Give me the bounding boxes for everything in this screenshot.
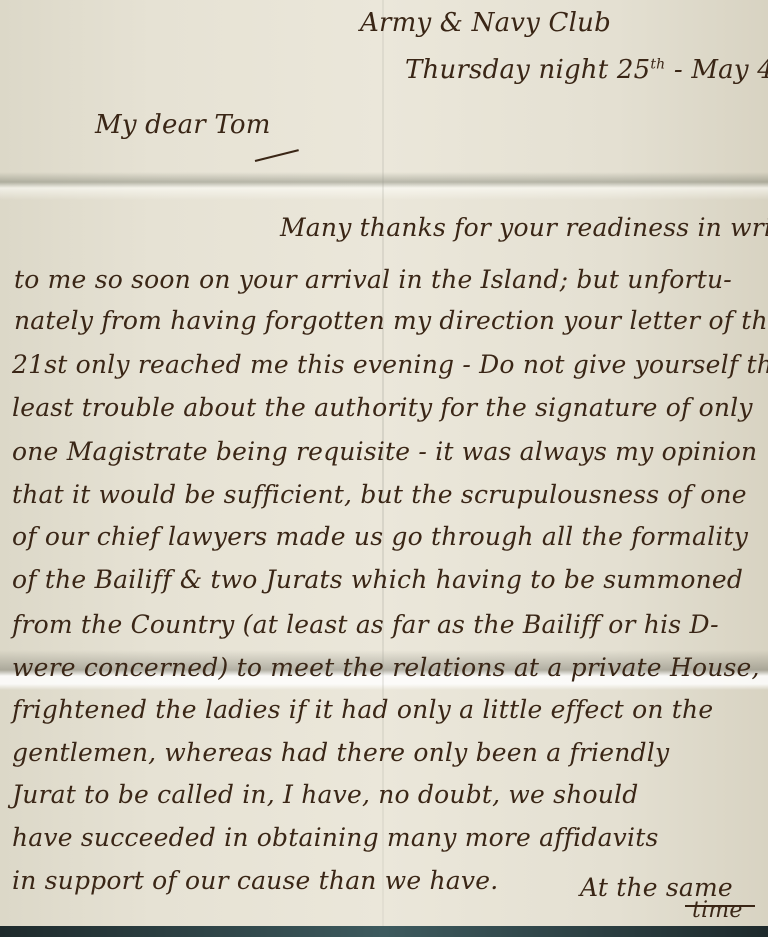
scan-edge: [0, 926, 768, 937]
letter-location: Army & Navy Club: [360, 8, 611, 38]
date-superscript: th: [650, 56, 665, 72]
salutation: My dear Tom: [95, 110, 271, 140]
catchword: time: [692, 898, 743, 923]
body-line-16: in support of our cause than we have.: [12, 866, 498, 895]
body-line-11: were concerned) to meet the relations at…: [12, 653, 760, 682]
date-text: Thursday night 25: [405, 55, 650, 85]
body-line-6: one Magistrate being requisite - it was …: [12, 437, 757, 466]
body-line-5: least trouble about the authority for th…: [12, 393, 753, 422]
body-line-12: frightened the ladies if it had only a l…: [12, 695, 713, 724]
body-line-4: 21st only reached me this evening - Do n…: [12, 350, 768, 379]
body-line-14: Jurat to be called in, I have, no doubt,…: [12, 780, 638, 809]
body-line-2: to me so soon on your arrival in the Isl…: [14, 265, 732, 294]
body-line-13: gentlemen, whereas had there only been a…: [12, 738, 669, 767]
body-line-3: nately from having forgotten my directio…: [14, 306, 768, 335]
body-line-9: of the Bailiff & two Jurats which having…: [12, 565, 743, 594]
body-line-10: from the Country (at least as far as the…: [12, 610, 719, 639]
date-suffix: - May 43: [674, 55, 768, 85]
body-line-1: Many thanks for your readiness in writin…: [280, 213, 768, 242]
letter-date: Thursday night 25th - May 43: [405, 55, 768, 85]
salutation-flourish: [255, 149, 299, 162]
body-line-15: have succeeded in obtaining many more af…: [12, 823, 658, 852]
body-line-8: of our chief lawyers made us go through …: [12, 522, 748, 551]
letter-page: Army & Navy Club Thursday night 25th - M…: [0, 0, 768, 928]
body-line-7: that it would be sufficient, but the scr…: [12, 480, 747, 509]
